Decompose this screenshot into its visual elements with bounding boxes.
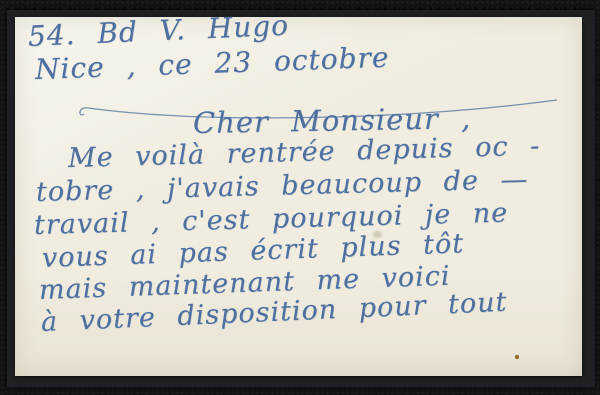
letter-card: 54. Bd V. Hugo Nice , ce 23 octobre Cher… [15, 17, 582, 376]
foxing-spot [515, 355, 519, 359]
photo-background: 54. Bd V. Hugo Nice , ce 23 octobre Cher… [0, 0, 600, 395]
paper-smudge [373, 231, 382, 238]
